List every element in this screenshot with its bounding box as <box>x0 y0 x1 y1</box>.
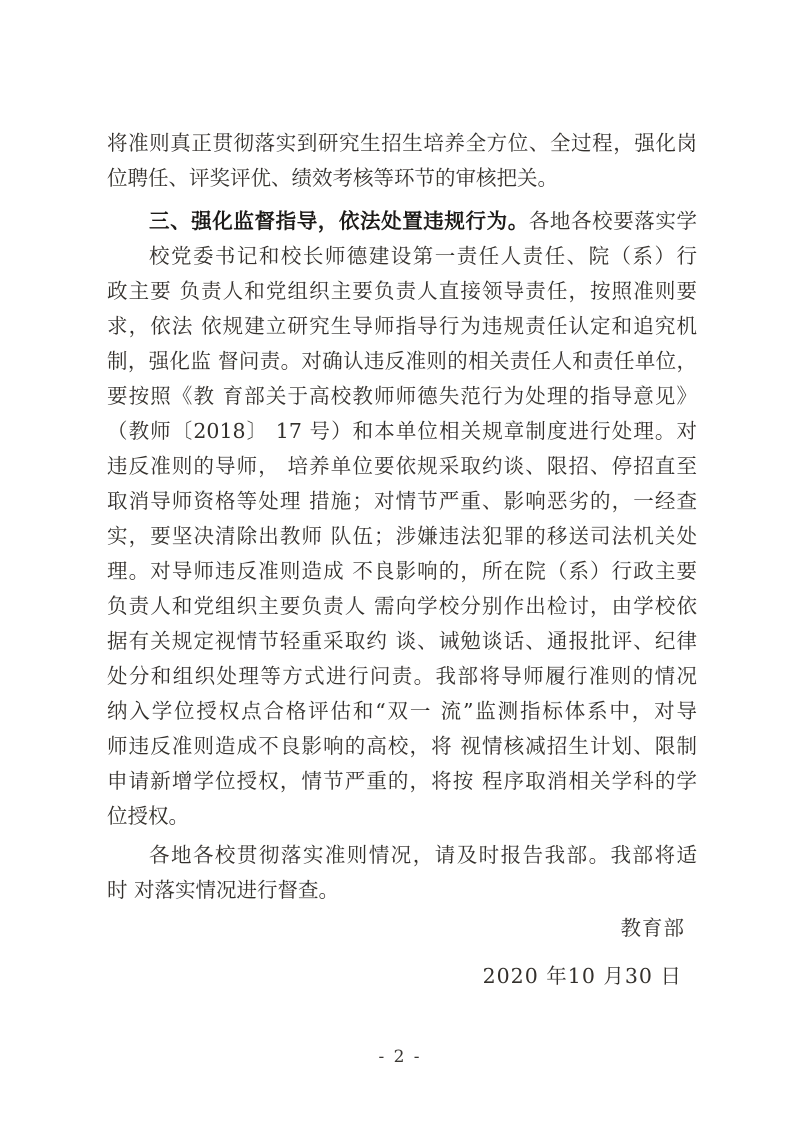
signature-organization: 教育部 <box>107 911 697 946</box>
document-line: 求，依法 依规建立研究生导师指导行为违规责任认定和追究机 <box>107 309 697 344</box>
document-line: 位聘任、评奖评优、绩效考核等环节的审核把关。 <box>107 161 697 196</box>
section-heading-line: 三、强化监督指导，依法处置违规行为。各地各校要落实学 <box>107 204 697 239</box>
document-line: 取消导师资格等处理 措施；对情节严重、影响恶劣的，一经查 <box>107 484 697 519</box>
page-number: - 2 - <box>0 1042 800 1072</box>
document-line: 要按照《教 育部关于高校教师师德失范行为处理的指导意见》 <box>107 379 697 414</box>
document-line: 申请新增学位授权，情节严重的，将按 程序取消相关学科的学 <box>107 764 697 799</box>
document-line: 位授权。 <box>107 799 697 834</box>
document-line: 违反准则的导师， 培养单位要依规采取约谈、限招、停招直至 <box>107 449 697 484</box>
document-line: 政主要 负责人和党组织主要负责人直接领导责任，按照准则要 <box>107 274 697 309</box>
document-line: 理。对导师违反准则造成 不良影响的，所在院（系）行政主要 <box>107 554 697 589</box>
document-line: 制，强化监 督问责。对确认违反准则的相关责任人和责任单位， <box>107 344 697 379</box>
document-line: 校党委书记和校长师德建设第一责任人责任、院（系）行 <box>107 239 697 274</box>
document-line: 据有关规定视情节轻重采取约 谈、诫勉谈话、通报批评、纪律 <box>107 624 697 659</box>
document-page: 将准则真正贯彻落实到研究生招生培养全方位、全过程，强化岗 位聘任、评奖评优、绩效… <box>0 0 800 1131</box>
document-line: 将准则真正贯彻落实到研究生招生培养全方位、全过程，强化岗 <box>107 126 697 161</box>
document-line: 实，要坚决清除出教师 队伍；涉嫌违法犯罪的移送司法机关处 <box>107 519 697 554</box>
document-line: 各地各校贯彻落实准则情况，请及时报告我部。我部将适 <box>107 838 697 873</box>
section-heading-rest: 各地各校要落实学 <box>529 209 697 233</box>
document-line: （教师〔2018〕 17 号）和本单位相关规章制度进行处理。对 <box>107 414 697 449</box>
document-line: 师违反准则造成不良影响的高校，将 视情核减招生计划、限制 <box>107 729 697 764</box>
document-text-block: 将准则真正贯彻落实到研究生招生培养全方位、全过程，强化岗 位聘任、评奖评优、绩效… <box>107 126 697 994</box>
section-heading-bold: 三、强化监督指导，依法处置违规行为。 <box>149 209 529 233</box>
document-line: 处分和组织处理等方式进行问责。我部将导师履行准则的情况 <box>107 659 697 694</box>
document-line: 时 对落实情况进行督查。 <box>107 873 697 908</box>
signature-date: 2020 年10 月30 日 <box>107 959 697 994</box>
document-line: 纳入学位授权点合格评估和“双一 流”监测指标体系中，对导 <box>107 694 697 729</box>
document-line: 负责人和党组织主要负责人 需向学校分别作出检讨，由学校依 <box>107 589 697 624</box>
